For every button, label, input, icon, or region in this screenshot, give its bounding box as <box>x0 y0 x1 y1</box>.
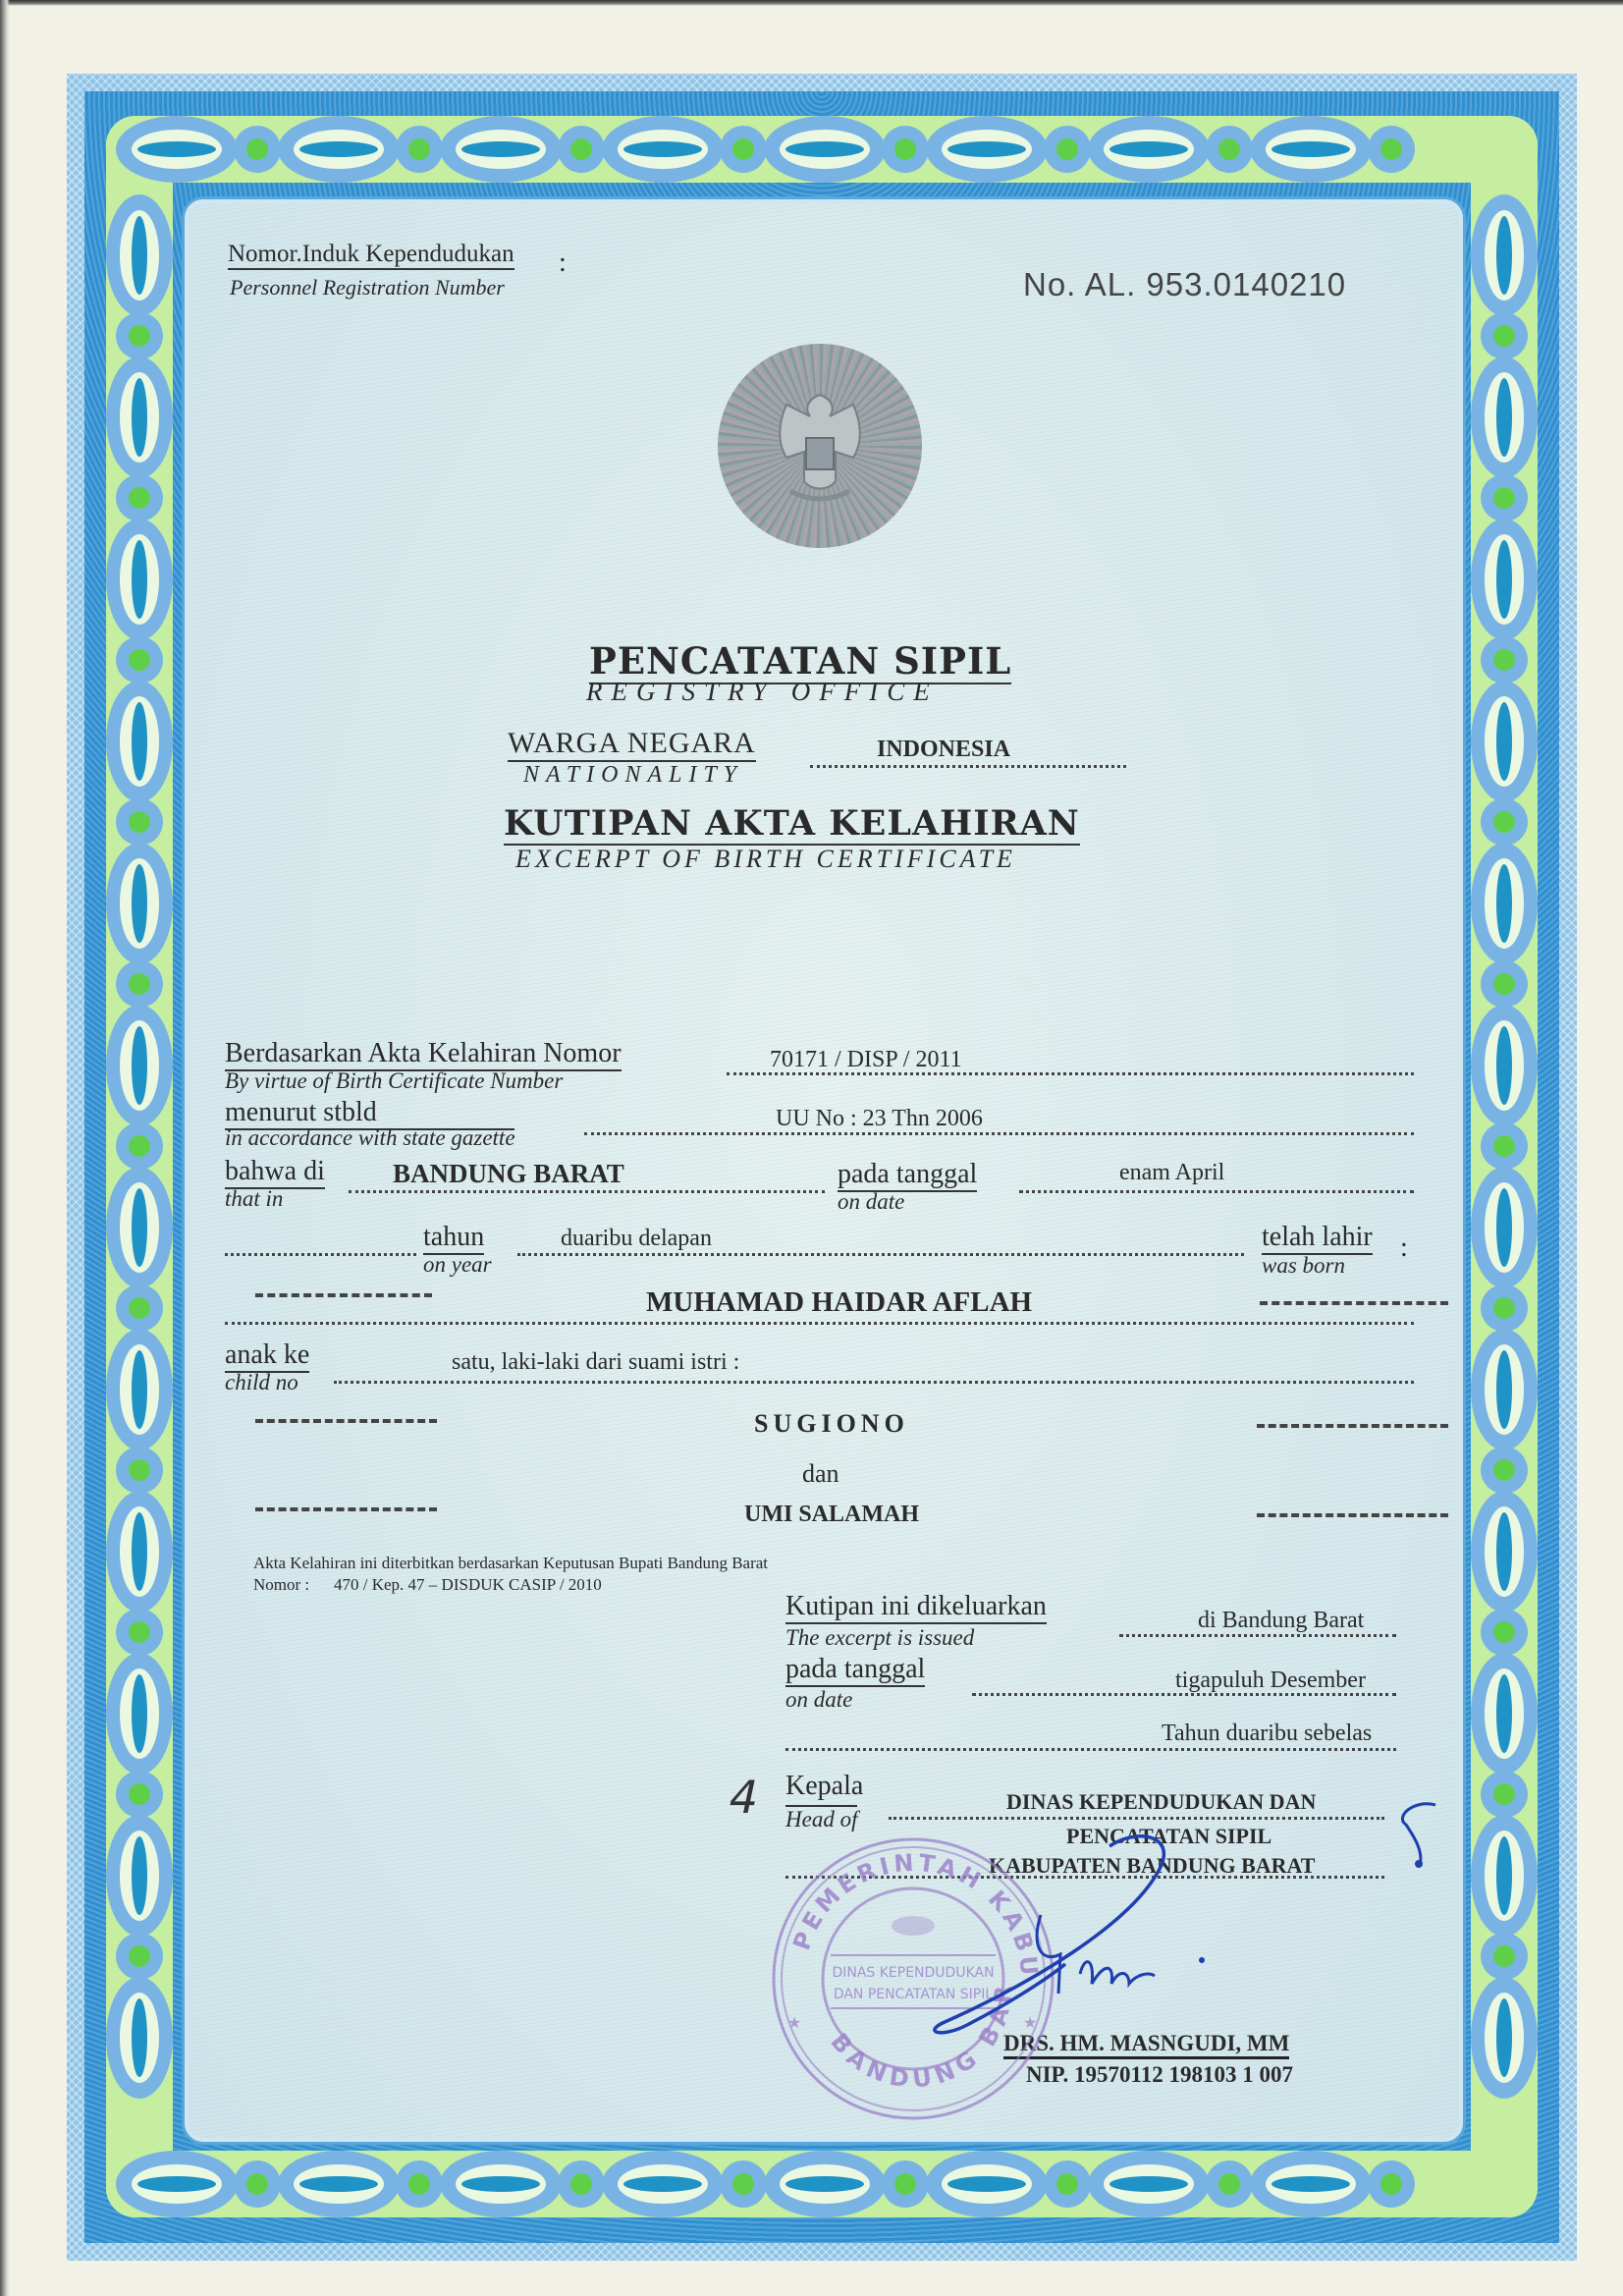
head-office-line1: DINAS KEPENDUDUKAN DAN <box>1006 1789 1316 1815</box>
place-value: BANDUNG BARAT <box>393 1159 624 1189</box>
issued-place-dotted-line <box>1119 1634 1396 1637</box>
child-no-label: anak ke <box>225 1339 309 1373</box>
born-label: telah lahir <box>1262 1222 1373 1255</box>
serial-number: No. AL. 953.0140210 <box>1023 266 1346 303</box>
handwritten-mark: 4 <box>724 1771 764 1824</box>
cert-number-label: Berdasarkan Akta Kelahiran Nomor <box>225 1038 622 1071</box>
place-label: bahwa di <box>225 1156 325 1189</box>
nik-colon: : <box>559 247 567 279</box>
nik-label-en: Personnel Registration Number <box>230 275 505 301</box>
born-label-en: was born <box>1262 1253 1345 1279</box>
child-name-left-dashes <box>255 1293 432 1297</box>
birth-date-label: pada tanggal <box>838 1159 977 1192</box>
child-no-label-en: child no <box>225 1370 298 1395</box>
birth-date-label-en: on date <box>838 1189 904 1215</box>
child-no-dotted-line <box>334 1381 1414 1384</box>
signatory-nip: NIP. 19570112 198103 1 007 <box>1026 2062 1293 2088</box>
nik-label: Nomor.Induk Kependudukan <box>228 241 514 270</box>
document-title: KUTIPAN AKTA KELAHIRAN <box>504 803 1080 846</box>
head-office-bottom-dotted-line <box>785 1876 1384 1879</box>
birth-date-dotted-line <box>1019 1190 1414 1193</box>
head-office-line2: PENCATATAN SIPIL <box>1066 1824 1271 1849</box>
child-name-dotted-line <box>225 1322 1414 1325</box>
signatory-name: DRS. HM. MASNGUDI, MM <box>1003 2031 1289 2059</box>
father-right-dashes <box>1257 1424 1448 1428</box>
birth-date-value: enam April <box>1119 1160 1224 1186</box>
mother-left-dashes <box>255 1507 437 1511</box>
mother-name: UMI SALAMAH <box>744 1502 919 1528</box>
gazette-value: UU No : 23 Thn 2006 <box>776 1106 983 1132</box>
child-name-right-dashes <box>1260 1301 1448 1305</box>
father-name: SUGIONO <box>754 1409 909 1439</box>
head-label: Kepala <box>785 1771 863 1802</box>
issued-date-label-en: on date <box>785 1687 852 1713</box>
gazette-dotted-line <box>584 1132 1414 1135</box>
place-dotted-line <box>349 1190 825 1193</box>
cert-number-label-en: By virtue of Birth Certificate Number <box>225 1068 563 1094</box>
issued-date-value: tigapuluh Desember <box>1175 1667 1366 1694</box>
born-colon: : <box>1400 1232 1408 1264</box>
nationality-label: WARGA NEGARA <box>508 727 756 762</box>
decree-number-label: Nomor : <box>253 1575 309 1595</box>
head-office-dotted-line <box>889 1817 1384 1820</box>
gazette-label-en: in accordance with state gazette <box>225 1125 515 1151</box>
issued-label: Kutipan ini dikeluarkan <box>785 1591 1047 1624</box>
birth-year-value: duaribu delapan <box>561 1226 712 1252</box>
issued-year-value: Tahun duaribu sebelas <box>1162 1721 1372 1747</box>
mother-right-dashes <box>1257 1513 1448 1517</box>
issued-place: di Bandung Barat <box>1198 1608 1364 1634</box>
birth-year-label: tahun <box>423 1222 484 1255</box>
nationality-dotted-line <box>810 765 1126 768</box>
office-title-en: REGISTRY OFFICE <box>586 677 939 707</box>
birth-year-label-en: on year <box>423 1252 492 1278</box>
issued-date-label: pada tanggal <box>785 1654 925 1687</box>
child-name: MUHAMAD HAIDAR AFLAH <box>646 1286 1032 1319</box>
decree-text: Akta Kelahiran ini diterbitkan berdasark… <box>253 1554 768 1573</box>
certificate-content: Nomor.Induk Kependudukan Personnel Regis… <box>0 0 1623 2296</box>
cert-number-value: 70171 / DISP / 2011 <box>770 1047 962 1073</box>
parents-conjunction: dan <box>802 1459 839 1489</box>
nationality-label-en: NATIONALITY <box>523 762 743 789</box>
birth-year-dotted-line <box>517 1253 1244 1256</box>
issued-label-en: The excerpt is issued <box>785 1625 974 1651</box>
father-left-dashes <box>255 1419 437 1423</box>
decree-number-value: 470 / Kep. 47 – DISDUK CASIP / 2010 <box>334 1575 602 1595</box>
child-no-value: satu, laki-laki dari suami istri : <box>452 1349 739 1376</box>
place-label-en: that in <box>225 1186 283 1212</box>
nationality-value: INDONESIA <box>877 737 1010 763</box>
head-label-en: Head of <box>785 1805 857 1832</box>
year-leading-dotted-line <box>225 1253 416 1256</box>
document-title-en: EXCERPT OF BIRTH CERTIFICATE <box>515 845 1016 874</box>
issued-year-dotted-line <box>785 1748 1396 1751</box>
